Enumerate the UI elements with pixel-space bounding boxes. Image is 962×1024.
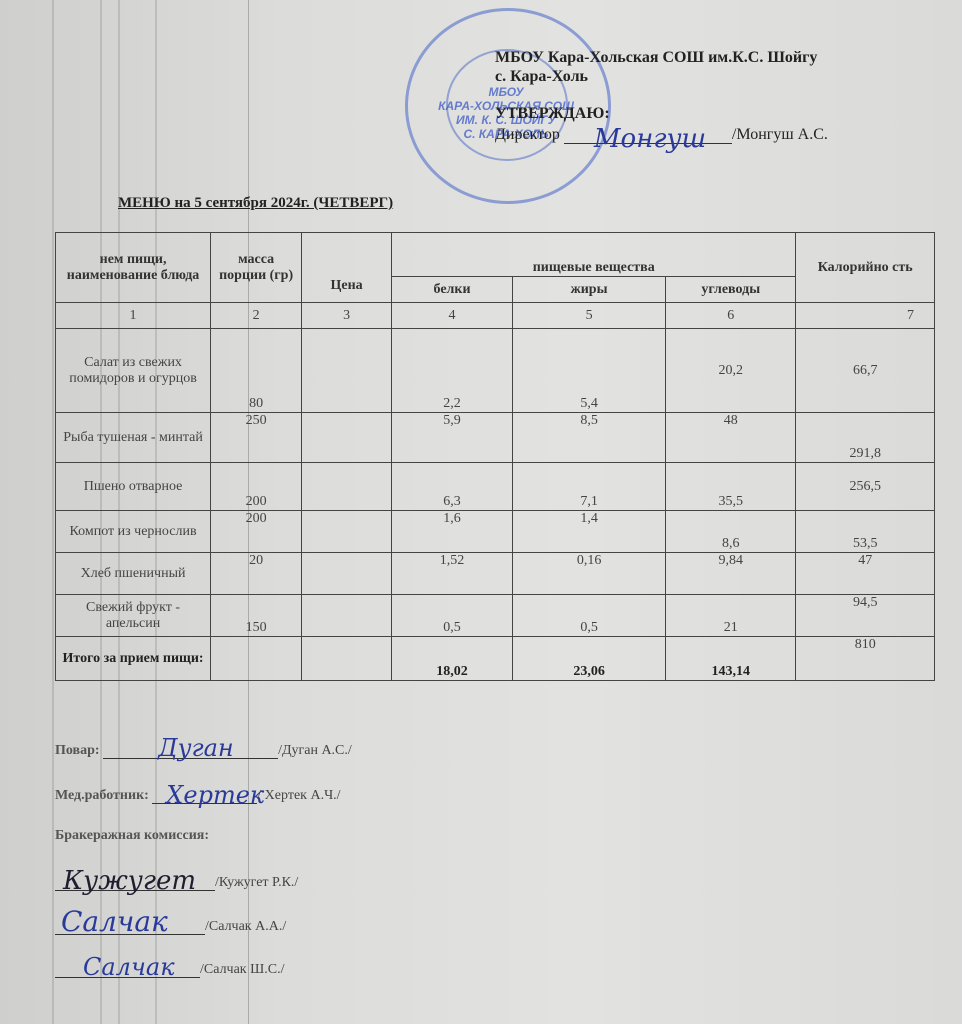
dish-price [302,413,392,463]
dish-price [302,463,392,511]
column-number-row: 1 2 3 4 5 6 7 [56,303,935,329]
dish-name: Свежий фрукт - апельсин [56,595,211,637]
dish-calories: 47 [796,553,935,595]
total-calories: 810 [796,637,935,681]
cook-label: Повар: [55,743,100,758]
commission-member-name: /Салчак Ш.С./ [200,962,284,977]
dish-name: Салат из свежих помидоров и огурцов [56,329,211,413]
column-number: 2 [211,303,302,329]
dish-calories: 291,8 [796,413,935,463]
dish-name: Рыба тушеная - минтай [56,413,211,463]
total-mass [211,637,302,681]
table-total-row: Итого за прием пищи: 18,02 23,06 143,14 … [56,637,935,681]
column-number: 6 [666,303,796,329]
total-label: Итого за прием пищи: [56,637,211,681]
commission-member-line: Салчак /Салчак Ш.С./ [55,955,284,978]
commission-member-name: /Кужугет Р.К./ [215,875,298,890]
commission-heading: Бракеражная комиссия: [55,828,209,844]
column-number: 5 [513,303,666,329]
dish-fat: 0,16 [513,553,666,595]
dish-calories: 256,5 [796,463,935,511]
commission-sign-line: Салчак [55,955,200,978]
commission-signature: Салчак [83,953,175,981]
commission-signature: Кужугет [63,866,196,896]
dish-mass: 20 [211,553,302,595]
dish-fat: 5,4 [513,329,666,413]
dish-protein: 1,6 [392,511,513,553]
total-carbs: 143,14 [666,637,796,681]
dish-fat: 7,1 [513,463,666,511]
cook-name: /Дуган А.С./ [278,743,352,758]
header-fat: жиры [513,277,666,303]
dish-carbs: 21 [666,595,796,637]
dish-calories: 53,5 [796,511,935,553]
dish-price [302,329,392,413]
dish-fat: 8,5 [513,413,666,463]
column-number: 3 [302,303,392,329]
total-protein: 18,02 [392,637,513,681]
director-name: /Монгуш А.С. [732,126,828,143]
medic-signature: Хертек [166,781,264,809]
commission-member-name: /Салчак А.А./ [205,919,286,934]
header-carbs: углеводы [666,277,796,303]
table-row: Компот из чернослив 200 1,6 1,4 8,6 53,5 [56,511,935,553]
menu-table: нем пищи, наименование блюда масса порци… [55,232,935,681]
header-dish: нем пищи, наименование блюда [56,233,211,303]
dish-carbs: 9,84 [666,553,796,595]
dish-calories: 66,7 [796,329,935,413]
dish-calories: 94,5 [796,595,935,637]
commission-sign-line: Кужугет [55,868,215,891]
dish-mass: 200 [211,511,302,553]
table-row: Пшено отварное 200 6,3 7,1 35,5 256,5 [56,463,935,511]
commission-signature: Салчак [61,905,168,938]
dish-name: Хлеб пшеничный [56,553,211,595]
director-label: Директор [495,126,560,143]
cook-signature-line: Повар: Дуган /Дуган А.С./ [55,740,352,759]
dish-fat: 1,4 [513,511,666,553]
approval-header: МБОУ Кара-Хольская СОШ им.К.С. Шойгу с. … [495,48,828,144]
cook-signature: Дуган [158,734,234,762]
column-number: 4 [392,303,513,329]
dish-price [302,595,392,637]
dish-mass: 250 [211,413,302,463]
dish-name: Компот из чернослив [56,511,211,553]
dish-mass: 80 [211,329,302,413]
dish-carbs: 48 [666,413,796,463]
scan-streak [52,0,54,1024]
medic-label: Мед.работник: [55,788,149,803]
total-price [302,637,392,681]
dish-carbs: 8,6 [666,511,796,553]
dish-carbs: 35,5 [666,463,796,511]
dish-mass: 200 [211,463,302,511]
dish-protein: 2,2 [392,329,513,413]
school-name: МБОУ Кара-Хольская СОШ им.К.С. Шойгу [495,48,828,67]
table-header-row: нем пищи, наименование блюда масса порци… [56,233,935,277]
cook-sign-line: Дуган [103,740,278,759]
column-number: 7 [796,303,935,329]
header-price: Цена [302,233,392,303]
commission-label: Бракеражная комиссия: [55,828,209,843]
medic-sign-line: Хертек [152,785,257,804]
dish-protein: 1,52 [392,553,513,595]
header-calories: Калорийно сть [796,233,935,303]
table-row: Салат из свежих помидоров и огурцов 80 2… [56,329,935,413]
dish-protein: 5,9 [392,413,513,463]
medic-signature-line: Мед.работник: Хертек / Хертек А.Ч./ [55,785,341,804]
menu-title: МЕНЮ на 5 сентября 2024г. (ЧЕТВЕРГ) [118,195,393,212]
dish-fat: 0,5 [513,595,666,637]
director-line: Директор Монгуш /Монгуш А.С. [495,123,828,144]
header-mass: масса порции (гр) [211,233,302,303]
table-row: Свежий фрукт - апельсин 150 0,5 0,5 21 9… [56,595,935,637]
dish-name: Пшено отварное [56,463,211,511]
table-row: Рыба тушеная - минтай 250 5,9 8,5 48 291… [56,413,935,463]
total-fat: 23,06 [513,637,666,681]
commission-member-line: Кужугет /Кужугет Р.К./ [55,868,298,891]
approve-label: УТВЕРЖДАЮ: [495,104,828,123]
director-signature: Монгуш [594,130,706,149]
director-signature-line: Монгуш [564,123,732,144]
dish-protein: 0,5 [392,595,513,637]
commission-member-line: Салчак /Салчак А.А./ [55,912,286,935]
dish-protein: 6,3 [392,463,513,511]
table-row: Хлеб пшеничный 20 1,52 0,16 9,84 47 [56,553,935,595]
dish-price [302,511,392,553]
column-number: 1 [56,303,211,329]
dish-carbs: 20,2 [666,329,796,413]
dish-price [302,553,392,595]
village-name: с. Кара-Холь [495,67,828,86]
medic-name: / Хертек А.Ч./ [257,788,340,803]
header-protein: белки [392,277,513,303]
dish-mass: 150 [211,595,302,637]
header-nutrients: пищевые вещества [392,233,796,277]
commission-sign-line: Салчак [55,912,205,935]
